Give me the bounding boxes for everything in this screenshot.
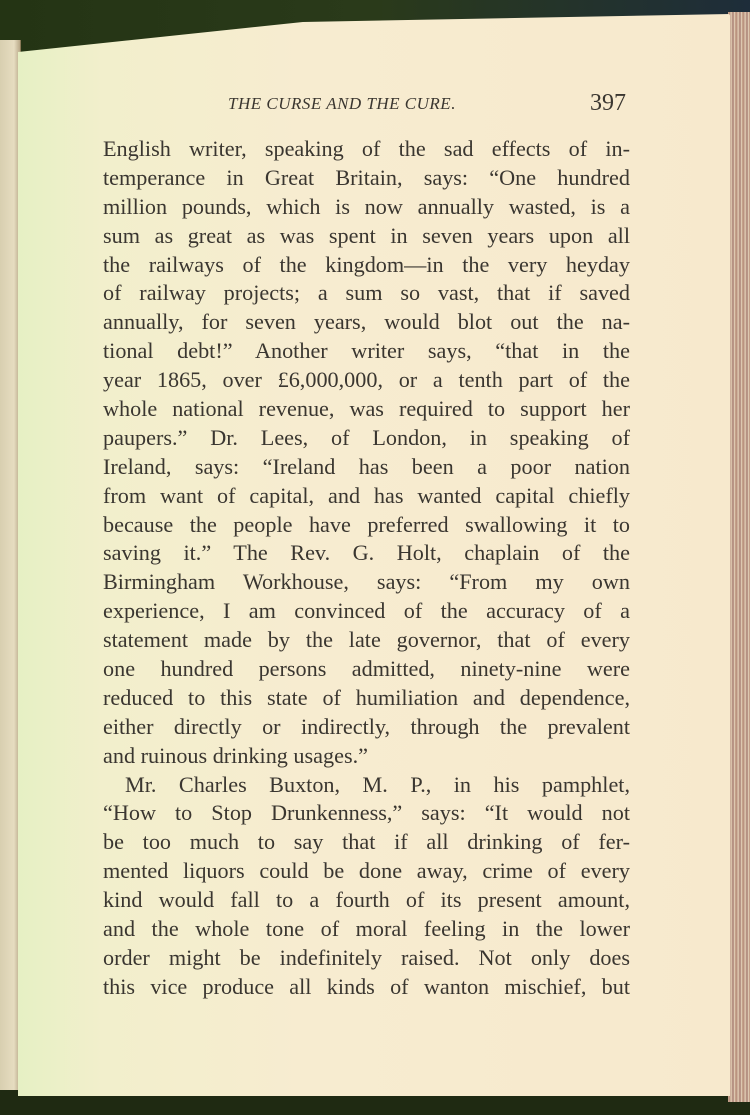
text-line: either directly or indirectly, through t…	[103, 713, 630, 742]
text-line: statement made by the late governor, tha…	[103, 626, 630, 655]
text-line: saving it.” The Rev. G. Holt, chaplain o…	[103, 539, 630, 568]
text-line: order might be indefinitely raised. Not …	[103, 944, 630, 973]
text-line: paupers.” Dr. Lees, of London, in speaki…	[103, 424, 630, 453]
text-line: year 1865, over £6,000,000, or a tenth p…	[103, 366, 630, 395]
text-line: mented liquors could be done away, crime…	[103, 857, 630, 886]
page-number: 397	[590, 90, 626, 117]
text-line: of railway projects; a sum so vast, that…	[103, 279, 630, 308]
text-line: from want of capital, and has wanted cap…	[103, 482, 630, 511]
page-header: THE CURSE AND THE CURE. 397	[228, 90, 628, 120]
text-line: experience, I am convinced of the accura…	[103, 597, 630, 626]
page-stack-edges	[728, 12, 750, 1102]
text-line: temperance in Great Britain, says: “One …	[103, 164, 630, 193]
text-line: “How to Stop Drunkenness,” says: “It wou…	[103, 799, 630, 828]
text-line: annually, for seven years, would blot ou…	[103, 308, 630, 337]
text-line: kind would fall to a fourth of its prese…	[103, 886, 630, 915]
text-line: one hundred persons admitted, ninety-nin…	[103, 655, 630, 684]
text-line: be too much to say that if all drinking …	[103, 828, 630, 857]
paragraph-end-line: and ruinous drinking usages.”	[103, 742, 630, 771]
text-line: sum as great as was spent in seven years…	[103, 222, 630, 251]
facing-page-edge	[0, 40, 21, 1090]
text-line: because the people have preferred swallo…	[103, 511, 630, 540]
body-text: English writer, speaking of the sad effe…	[103, 135, 630, 1002]
text-line: Ireland, says: “Ireland has been a poor …	[103, 453, 630, 482]
text-line: the railways of the kingdom—in the very …	[103, 251, 630, 280]
text-line: whole national revenue, was required to …	[103, 395, 630, 424]
text-line: million pounds, which is now annually wa…	[103, 193, 630, 222]
text-line: this vice produce all kinds of wanton mi…	[103, 973, 630, 1002]
text-line: Birmingham Workhouse, says: “From my own	[103, 568, 630, 597]
running-head: THE CURSE AND THE CURE.	[228, 94, 456, 114]
paragraph-start-line: Mr. Charles Buxton, M. P., in his pamphl…	[103, 771, 630, 800]
text-line: and the whole tone of moral feeling in t…	[103, 915, 630, 944]
text-line: reduced to this state of humiliation and…	[103, 684, 630, 713]
text-line: tional debt!” Another writer says, “that…	[103, 337, 630, 366]
text-line: English writer, speaking of the sad effe…	[103, 135, 630, 164]
